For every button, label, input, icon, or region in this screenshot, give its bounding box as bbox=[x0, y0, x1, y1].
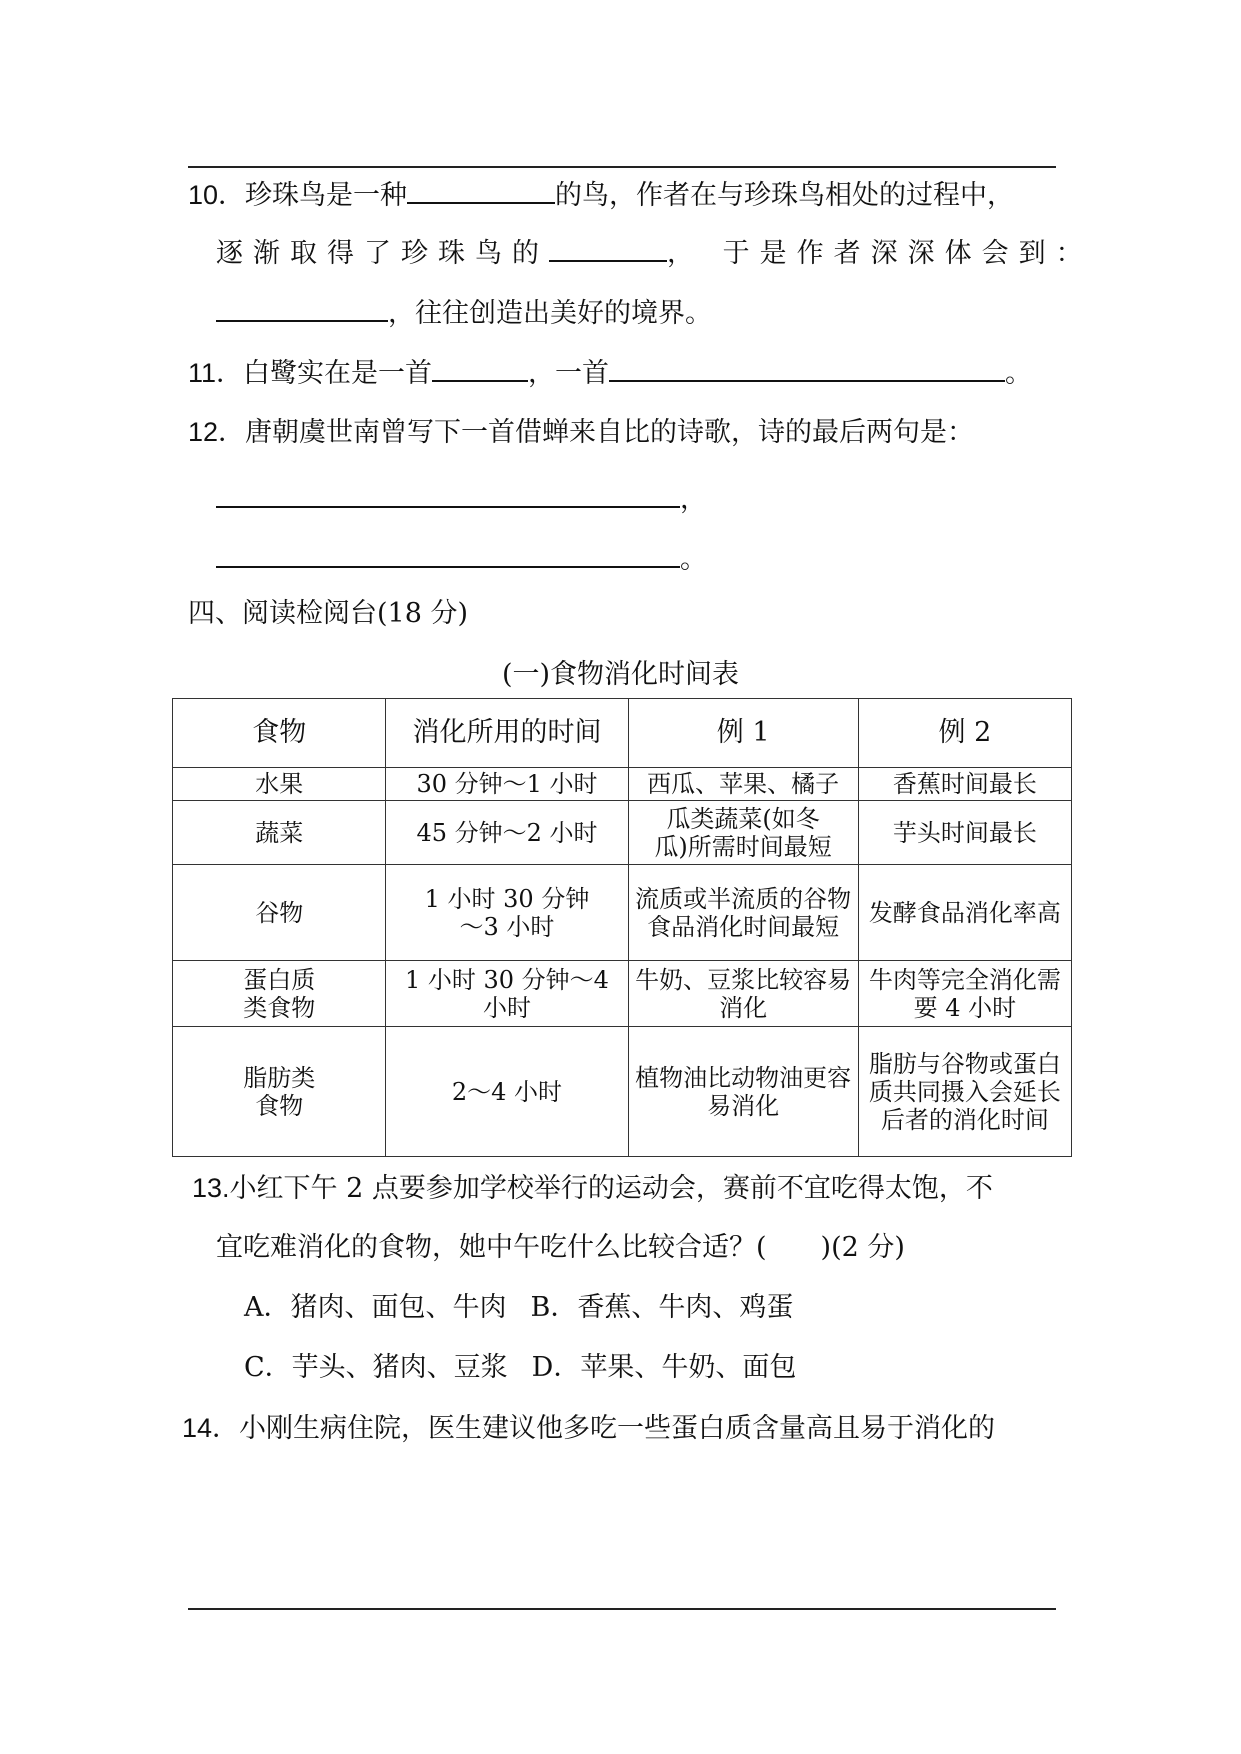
q10-text-b: 的鸟，作者在与珍珠鸟相处的过程中， bbox=[555, 180, 1014, 211]
q14-text: 小刚生病住院，医生建议他多吃一些蛋白质含量高且易于消化的 bbox=[239, 1413, 995, 1444]
q12-period: 。 bbox=[680, 544, 707, 575]
cell: 蔬菜 bbox=[173, 801, 386, 865]
q10-line2: 逐渐取得了珍珠鸟的， 于是作者深深体会到： bbox=[216, 234, 1093, 272]
section-heading: 四、阅读检阅台(18 分) bbox=[188, 596, 468, 632]
q13-text-1: 小红下午 2 点要参加学校举行的运动会，赛前不宜吃得太饱，不 bbox=[230, 1173, 993, 1204]
top-rule bbox=[188, 166, 1056, 168]
q13-line1: 13.小红下午 2 点要参加学校举行的运动会，赛前不宜吃得太饱，不 bbox=[192, 1170, 993, 1207]
answer-blank[interactable] bbox=[216, 480, 680, 508]
question-number: 11． bbox=[188, 358, 243, 388]
cell: 蛋白质类食物 bbox=[173, 961, 386, 1027]
q13-options-row2: C．芋头、猪肉、豆浆D．苹果、牛奶、面包 bbox=[244, 1350, 796, 1386]
table-row: 谷物 1 小时 30 分钟～3 小时 流质或半流质的谷物食品消化时间最短 发酵食… bbox=[173, 865, 1072, 961]
option-c[interactable]: C．芋头、猪肉、豆浆 bbox=[244, 1352, 508, 1383]
q12-line: 12．唐朝虞世南曾写下一首借蝉来自比的诗歌，诗的最后两句是： bbox=[188, 414, 974, 451]
cell: 1 小时 30 分钟～4 小时 bbox=[386, 961, 628, 1027]
q11-text-a: 白鹭实在是一首 bbox=[243, 358, 432, 389]
q10-line1: 10．珍珠鸟是一种的鸟，作者在与珍珠鸟相处的过程中， bbox=[188, 176, 1014, 214]
answer-blank[interactable] bbox=[216, 294, 388, 322]
cell: 瓜类蔬菜(如冬瓜)所需时间最短 bbox=[628, 801, 858, 865]
q10-line3: ，往往创造出美好的境界。 bbox=[216, 294, 712, 332]
q13-text-2: 宜吃难消化的食物，她中午吃什么比较合适？( )(2 分) bbox=[216, 1232, 905, 1263]
question-number: 10． bbox=[188, 180, 245, 210]
cell: 45 分钟～2 小时 bbox=[386, 801, 628, 865]
header-time: 消化所用的时间 bbox=[386, 699, 628, 768]
answer-blank[interactable] bbox=[549, 234, 667, 262]
table-row: 蛋白质类食物 1 小时 30 分钟～4 小时 牛奶、豆浆比较容易消化 牛肉等完全… bbox=[173, 961, 1072, 1027]
answer-blank[interactable] bbox=[609, 354, 1005, 382]
q12-comma: ， bbox=[680, 484, 707, 515]
q11-line: 11．白鹭实在是一首，一首。 bbox=[188, 354, 1032, 392]
table-row: 蔬菜 45 分钟～2 小时 瓜类蔬菜(如冬瓜)所需时间最短 芋头时间最长 bbox=[173, 801, 1072, 865]
cell: 30 分钟～1 小时 bbox=[386, 768, 628, 801]
table-row: 水果 30 分钟～1 小时 西瓜、苹果、橘子 香蕉时间最长 bbox=[173, 768, 1072, 801]
cell: 1 小时 30 分钟～3 小时 bbox=[386, 865, 628, 961]
header-food: 食物 bbox=[173, 699, 386, 768]
q12-answer-line2: 。 bbox=[216, 540, 707, 578]
cell: 发酵食品消化率高 bbox=[858, 865, 1071, 961]
q12-answer-line1: ， bbox=[216, 480, 707, 518]
cell: 脂肪与谷物或蛋白质共同摄入会延长后者的消化时间 bbox=[858, 1027, 1071, 1157]
option-d[interactable]: D．苹果、牛奶、面包 bbox=[532, 1352, 797, 1383]
cell: 芋头时间最长 bbox=[858, 801, 1071, 865]
q13-line2: 宜吃难消化的食物，她中午吃什么比较合适？( )(2 分) bbox=[216, 1230, 905, 1266]
cell: 牛肉等完全消化需要 4 小时 bbox=[858, 961, 1071, 1027]
q10-text-c: 逐渐取得了珍珠鸟的 bbox=[216, 238, 549, 269]
header-example1: 例 1 bbox=[628, 699, 858, 768]
cell: 植物油比动物油更容易消化 bbox=[628, 1027, 858, 1157]
question-number: 12． bbox=[188, 417, 245, 447]
table-header-row: 食物 消化所用的时间 例 1 例 2 bbox=[173, 699, 1072, 768]
cell: 2～4 小时 bbox=[386, 1027, 628, 1157]
q10-text-a: 珍珠鸟是一种 bbox=[245, 180, 407, 211]
q14-line1: 14．小刚生病住院，医生建议他多吃一些蛋白质含量高且易于消化的 bbox=[182, 1410, 995, 1447]
cell: 香蕉时间最长 bbox=[858, 768, 1071, 801]
option-a[interactable]: A．猪肉、面包、牛肉 bbox=[244, 1292, 507, 1323]
q10-text-d: ， 于是作者深深体会到： bbox=[667, 238, 1093, 269]
q12-text: 唐朝虞世南曾写下一首借蝉来自比的诗歌，诗的最后两句是： bbox=[245, 417, 974, 448]
cell: 西瓜、苹果、橘子 bbox=[628, 768, 858, 801]
q13-options-row1: A．猪肉、面包、牛肉B．香蕉、牛肉、鸡蛋 bbox=[244, 1290, 793, 1326]
header-example2: 例 2 bbox=[858, 699, 1071, 768]
cell: 脂肪类食物 bbox=[173, 1027, 386, 1157]
table-row: 脂肪类食物 2～4 小时 植物油比动物油更容易消化 脂肪与谷物或蛋白质共同摄入会… bbox=[173, 1027, 1072, 1157]
question-number: 13. bbox=[192, 1173, 230, 1203]
answer-blank[interactable] bbox=[432, 354, 528, 382]
cell: 水果 bbox=[173, 768, 386, 801]
answer-blank[interactable] bbox=[407, 176, 555, 204]
digestion-time-table: 食物 消化所用的时间 例 1 例 2 水果 30 分钟～1 小时 西瓜、苹果、橘… bbox=[172, 698, 1072, 1157]
answer-blank[interactable] bbox=[216, 540, 680, 568]
bottom-rule bbox=[188, 1608, 1056, 1610]
option-b[interactable]: B．香蕉、牛肉、鸡蛋 bbox=[531, 1292, 794, 1323]
cell: 流质或半流质的谷物食品消化时间最短 bbox=[628, 865, 858, 961]
q11-text-c: 。 bbox=[1005, 358, 1032, 389]
question-number: 14． bbox=[182, 1413, 239, 1443]
cell: 牛奶、豆浆比较容易消化 bbox=[628, 961, 858, 1027]
cell: 谷物 bbox=[173, 865, 386, 961]
q11-text-b: ，一首 bbox=[528, 358, 609, 389]
q10-text-e: ，往往创造出美好的境界。 bbox=[388, 298, 712, 329]
table-caption: (一)食物消化时间表 bbox=[0, 652, 1241, 691]
